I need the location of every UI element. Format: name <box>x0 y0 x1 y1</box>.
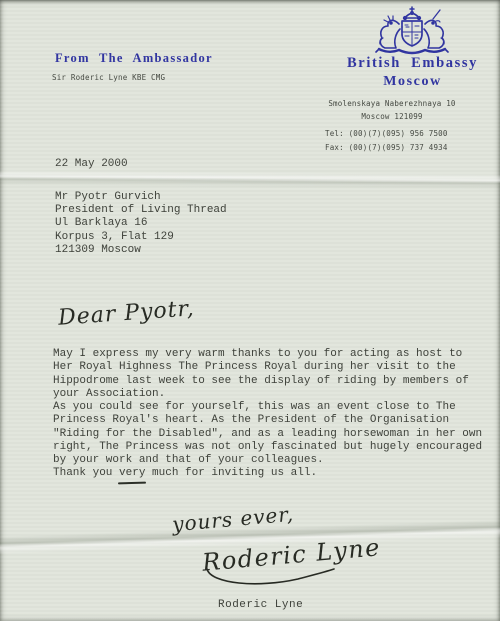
paragraph-1-line: your Association. <box>53 388 469 401</box>
closing-sentence: Thank you very much for inviting us all. <box>53 467 317 480</box>
ambassador-name: Sir Roderic Lyne KBE CMG <box>52 73 165 82</box>
recipient-name: Mr Pyotr Gurvich <box>55 191 227 204</box>
paragraph-1: May I express my very warm thanks to you… <box>53 348 469 401</box>
paragraph-2-line: "Riding for the Disabled", and as a lead… <box>53 428 482 441</box>
paper-fold-crease-upper <box>0 170 500 191</box>
letter-date: 22 May 2000 <box>55 158 128 170</box>
royal-coat-of-arms-icon <box>366 5 458 55</box>
paragraph-1-line: May I express my very warm thanks to you… <box>53 348 469 361</box>
embassy-name-line1: British Embassy <box>325 55 500 72</box>
recipient-title: President of Living Thread <box>55 204 227 217</box>
paragraph-2-line: As you could see for yourself, this was … <box>53 401 482 414</box>
paragraph-1-line: Hippodrome last week to see the display … <box>53 375 469 388</box>
closing-sentence-pre: Thank you <box>53 467 119 479</box>
paragraph-2-line: Princess Royal's heart. As the President… <box>53 414 482 427</box>
embassy-fax: Fax: (00)(7)(095) 737 4934 <box>325 143 448 152</box>
paragraph-1-line: Her Royal Highness The Princess Royal du… <box>53 361 469 374</box>
embassy-address-line1: Smolenskaya Naberezhnaya 10 <box>322 99 462 108</box>
handwritten-salutation: Dear Pyotr, <box>57 296 195 330</box>
recipient-street: Ul Barklaya 16 <box>55 217 227 230</box>
signature-underline-flourish <box>203 566 338 588</box>
paragraph-2: As you could see for yourself, this was … <box>53 401 482 468</box>
recipient-building: Korpus 3, Flat 129 <box>55 231 227 244</box>
recipient-city: 121309 Moscow <box>55 244 227 257</box>
embassy-telephone: Tel: (00)(7)(095) 956 7500 <box>325 129 448 138</box>
closing-underlined-word: very <box>119 467 145 479</box>
closing-sentence-post: much for inviting us all. <box>145 467 317 479</box>
typed-signatory-name: Roderic Lyne <box>218 599 303 611</box>
letter-page: From The Ambassador Sir Roderic Lyne KBE… <box>0 0 500 621</box>
recipient-address-block: Mr Pyotr Gurvich President of Living Thr… <box>55 191 227 257</box>
from-the-ambassador-label: From The Ambassador <box>55 51 213 66</box>
handwritten-valediction: yours ever, <box>171 502 295 537</box>
paragraph-2-line: by your work and that of your colleagues… <box>53 454 482 467</box>
embassy-address-line2: Moscow 121099 <box>322 112 462 121</box>
embassy-name-line2: Moscow <box>325 74 500 90</box>
paragraph-2-line: right, The Princess was not only fascina… <box>53 441 482 454</box>
